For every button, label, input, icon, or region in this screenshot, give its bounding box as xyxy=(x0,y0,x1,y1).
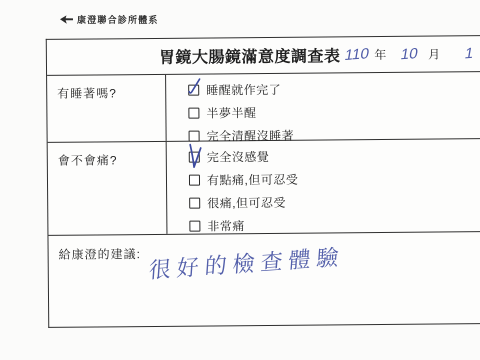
option-row: 半夢半醒 xyxy=(188,99,480,125)
option-row: 有點痛,但可忍受 xyxy=(189,166,480,192)
clinic-logo-text: 康澄聯合診所體系 xyxy=(77,13,159,26)
option-label: 完全沒感覺 xyxy=(207,148,270,166)
pen-checkmark-icon xyxy=(185,77,203,97)
option-label: 半夢半醒 xyxy=(206,104,256,121)
handwritten-year-value: 110 xyxy=(343,45,370,64)
year-unit-label: 年 xyxy=(374,46,386,63)
options-pain: 完全沒感覺 有點痛,但可忍受 很痛,但可忍受 xyxy=(167,139,480,234)
suggestion-row: 給康澄的建議: 很好的檢查體驗 xyxy=(48,232,480,327)
title-row: 胃鏡大腸鏡滿意度調查表 110 年 10 月 1 xyxy=(47,36,480,76)
option-label: 有點痛,但可忍受 xyxy=(207,171,298,189)
survey-form-table: 胃鏡大腸鏡滿意度調查表 110 年 10 月 1 有睡著嗎? 睡醒就作完了 xyxy=(46,35,480,328)
handwritten-day-value: 1 xyxy=(464,45,475,63)
question-label-sleep: 有睡著嗎? xyxy=(47,75,167,142)
option-label: 非常痛 xyxy=(207,217,245,234)
checkbox xyxy=(189,131,200,142)
question-label-pain: 會不會痛? xyxy=(48,142,168,235)
option-label: 睡醒就作完了 xyxy=(206,81,281,99)
question-row-sleep: 有睡著嗎? 睡醒就作完了 半夢半醒 xyxy=(47,72,480,143)
option-row: 完全沒感覺 xyxy=(189,143,480,169)
checkbox xyxy=(189,152,200,163)
checkbox xyxy=(189,175,200,186)
checkbox xyxy=(189,198,200,209)
option-row: 很痛,但可忍受 xyxy=(189,189,480,215)
checkbox xyxy=(188,85,199,96)
handwritten-month-value: 10 xyxy=(400,45,420,63)
options-sleep: 睡醒就作完了 半夢半醒 完全清醒沒睡著 xyxy=(166,72,480,141)
checkbox xyxy=(189,221,200,232)
handwritten-suggestion: 很好的檢查體驗 xyxy=(148,240,346,285)
suggestion-label: 給康澄的建議: xyxy=(59,247,141,262)
checkbox xyxy=(188,108,199,119)
pen-checkmark-icon xyxy=(185,143,205,171)
month-unit-label: 月 xyxy=(428,45,440,62)
option-row: 睡醒就作完了 xyxy=(188,76,480,102)
question-row-pain: 會不會痛? 完全沒感覺 有點痛,但可忍受 xyxy=(48,139,480,236)
clinic-logo-icon xyxy=(60,15,73,24)
form-title: 胃鏡大腸鏡滿意度調查表 xyxy=(159,43,341,68)
option-label: 很痛,但可忍受 xyxy=(207,194,286,212)
clinic-logo: 康澄聯合診所體系 xyxy=(60,13,159,26)
